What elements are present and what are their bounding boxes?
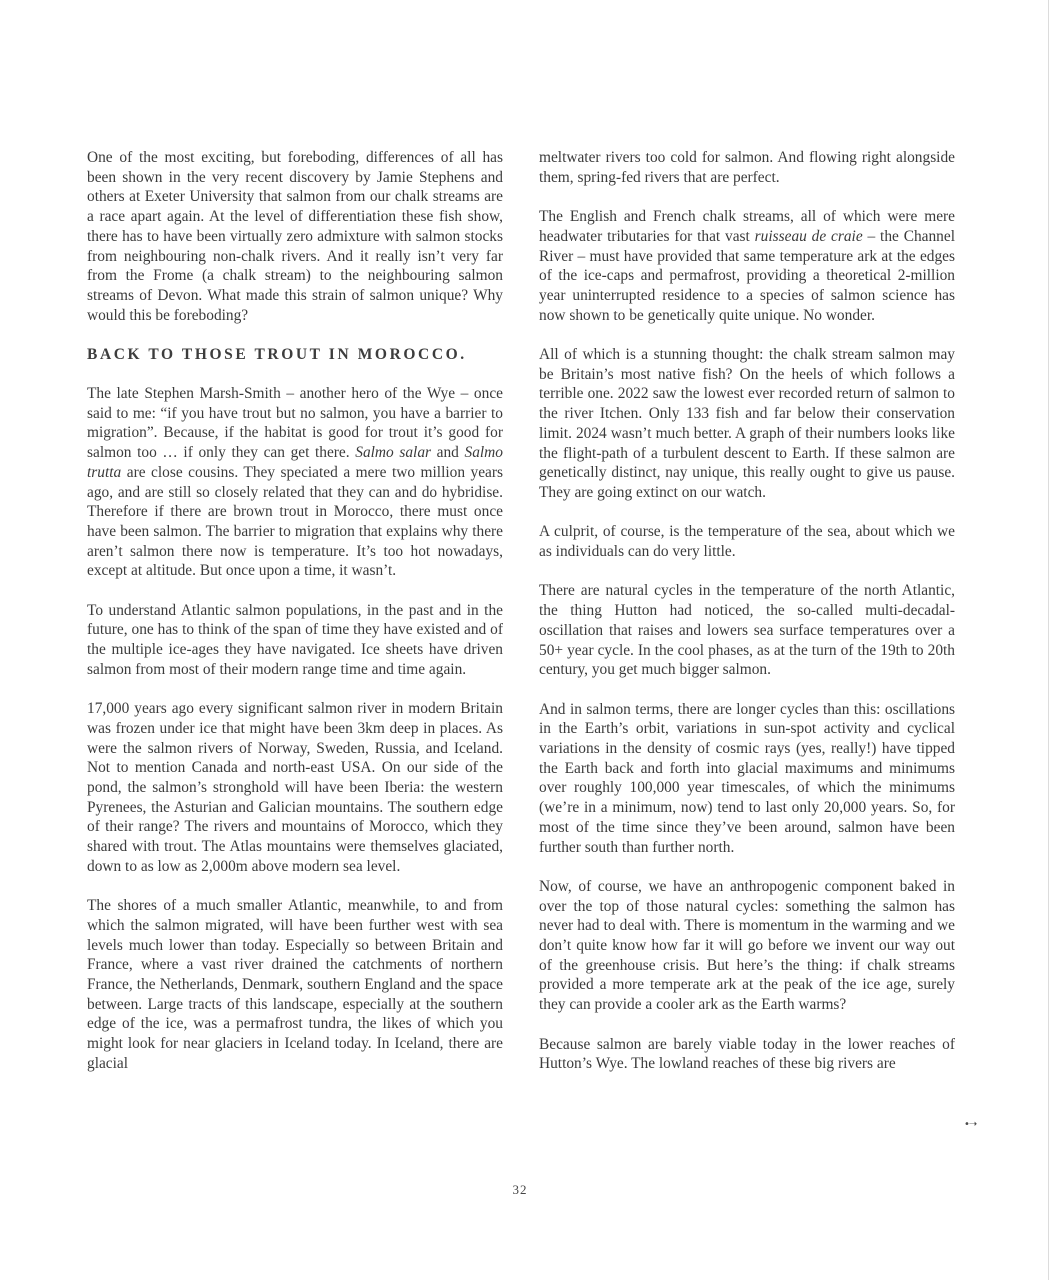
paragraph: A culprit, of course, is the temperature… <box>539 522 955 561</box>
text-run: and <box>431 444 465 461</box>
paragraph: meltwater rivers too cold for salmon. An… <box>539 148 955 187</box>
paragraph: The English and French chalk streams, al… <box>539 207 955 325</box>
paragraph: Now, of course, we have an anthropogenic… <box>539 877 955 1015</box>
italic-species-name: Salmo salar <box>355 444 431 461</box>
italic-phrase: ruisseau de craie <box>755 228 863 245</box>
paragraph: And in salmon terms, there are longer cy… <box>539 700 955 858</box>
paragraph: The shores of a much smaller Atlantic, m… <box>87 896 503 1073</box>
paragraph: 17,000 years ago every significant salmo… <box>87 699 503 876</box>
page-edge-divider <box>1048 0 1049 1280</box>
paragraph: All of which is a stunning thought: the … <box>539 345 955 503</box>
right-column: meltwater rivers too cold for salmon. An… <box>539 148 955 1074</box>
left-column: One of the most exciting, but foreboding… <box>87 148 503 1074</box>
paragraph: The late Stephen Marsh-Smith – another h… <box>87 384 503 581</box>
text-run: are close cousins. They speciated a mere… <box>87 464 503 580</box>
paragraph: One of the most exciting, but foreboding… <box>87 148 503 325</box>
paragraph: Because salmon are barely viable today i… <box>539 1035 955 1074</box>
page-number: 32 <box>0 1182 1040 1198</box>
paragraph: To understand Atlantic salmon population… <box>87 601 503 680</box>
paragraph: There are natural cycles in the temperat… <box>539 581 955 680</box>
section-heading: BACK TO THOSE TROUT IN MOROCCO. <box>87 345 503 365</box>
continued-arrow-icon: •➝ <box>964 1119 976 1130</box>
